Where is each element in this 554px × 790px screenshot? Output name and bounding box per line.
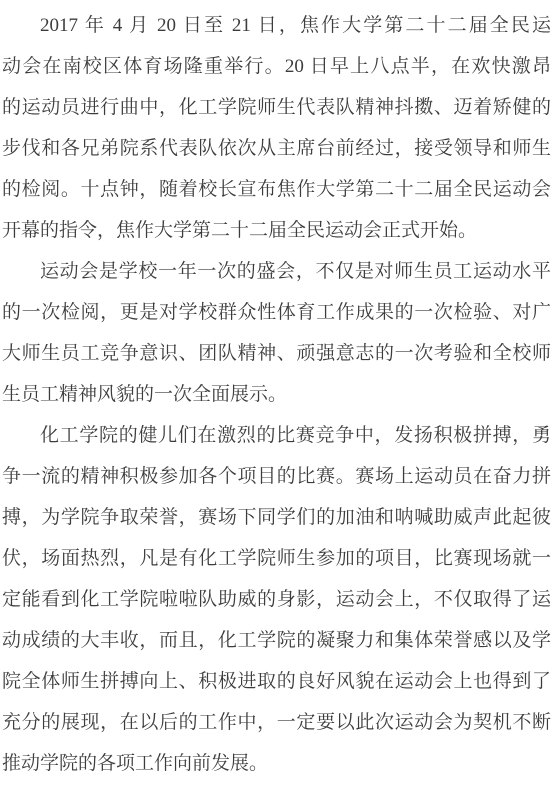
text-line: 充分的展现，在以后的工作中，一定要以此次运动会为契机不断 xyxy=(2,702,551,743)
paragraph-college-performance: 化工学院的健儿们在激烈的比赛竞争中，发扬积极拼搏，勇 争一流的精神积极参加各个项… xyxy=(2,415,551,784)
text-line: 争一流的精神积极参加各个项目的比赛。赛场上运动员在奋力拼 xyxy=(2,456,551,497)
text-line: 2017 年 4 月 20 日至 21 日，焦作大学第二十二届全民运 xyxy=(2,5,551,46)
text-line: 伏，场面热烈，凡是有化工学院师生参加的项目，比赛现场就一 xyxy=(2,538,551,579)
text-line: 推动学院的各项工作向前发展。 xyxy=(2,743,551,784)
paragraph-opening-ceremony: 2017 年 4 月 20 日至 21 日，焦作大学第二十二届全民运 动会在南校… xyxy=(2,5,551,251)
text-line: 院全体师生拼搏向上、积极进取的良好风貌在运动会上也得到了 xyxy=(2,661,551,702)
text-line: 动会在南校区体育场隆重举行。20 日早上八点半，在欢快激昂 xyxy=(2,46,551,87)
text-line: 大师生员工竞争意识、团队精神、顽强意志的一次考验和全校师 xyxy=(2,333,551,374)
text-line: 搏，为学院争取荣誉，赛场下同学们的加油和呐喊助威声此起彼 xyxy=(2,497,551,538)
text-line: 运动会是学校一年一次的盛会，不仅是对师生员工运动水平 xyxy=(2,251,551,292)
text-line: 定能看到化工学院啦啦队助威的身影，运动会上，不仅取得了运 xyxy=(2,579,551,620)
paragraph-meet-significance: 运动会是学校一年一次的盛会，不仅是对师生员工运动水平 的一次检阅，更是对学校群众… xyxy=(2,251,551,415)
text-line: 的一次检阅，更是对学校群众性体育工作成果的一次检验、对广 xyxy=(2,292,551,333)
text-line: 的运动员进行曲中，化工学院师生代表队精神抖擞、迈着矫健的 xyxy=(2,87,551,128)
text-line: 动成绩的大丰收，而且，化工学院的凝聚力和集体荣誉感以及学 xyxy=(2,620,551,661)
text-line: 生员工精神风貌的一次全面展示。 xyxy=(2,374,551,415)
text-line: 化工学院的健儿们在激烈的比赛竞争中，发扬积极拼搏，勇 xyxy=(2,415,551,456)
text-line: 步伐和各兄弟院系代表队依次从主席台前经过，接受领导和师生 xyxy=(2,128,551,169)
document-page: 2017 年 4 月 20 日至 21 日，焦作大学第二十二届全民运 动会在南校… xyxy=(0,0,554,790)
text-line: 的检阅。十点钟，随着校长宣布焦作大学第二十二届全民运动会 xyxy=(2,169,551,210)
text-line: 开幕的指令，焦作大学第二十二届全民运动会正式开始。 xyxy=(2,210,551,251)
